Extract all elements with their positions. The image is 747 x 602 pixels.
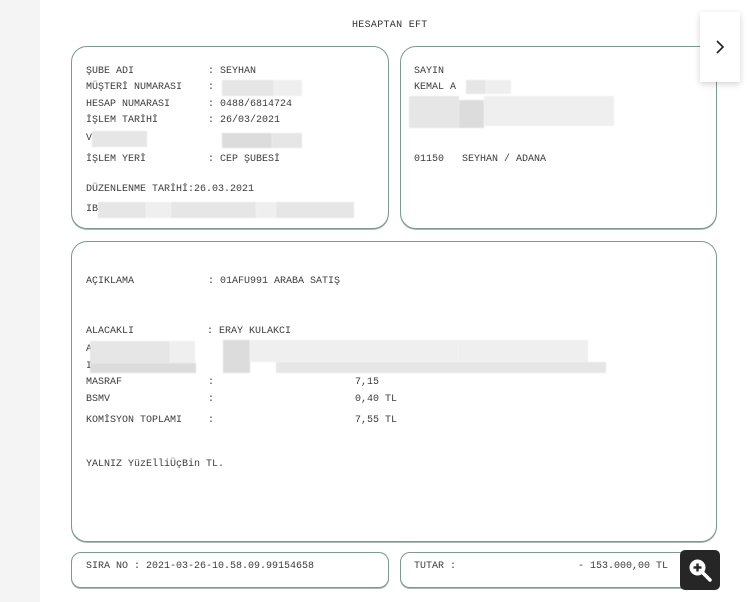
customer-no-label: MÜŞTERİ NUMARASI — [86, 82, 188, 94]
fee-sep-bsmv: : — [208, 394, 214, 406]
amount-in-words: YALNIZ YüzElliÜçBin TL. — [86, 459, 224, 471]
redacted-customer-no-2 — [274, 80, 302, 96]
redacted-creditor-value-2 — [250, 340, 458, 362]
redacted-creditor-field-2 — [170, 341, 195, 363]
redacted-address-3 — [484, 96, 614, 126]
zoom-in-icon — [687, 557, 713, 583]
chevron-right-icon — [714, 40, 726, 54]
redacted-iban-2 — [146, 202, 171, 218]
redacted-creditor-field-3 — [90, 363, 196, 373]
creditor-label: ALACAKLI — [86, 326, 188, 338]
salutation: SAYIN — [414, 66, 444, 78]
document-title: HESAPTAN EFT — [352, 20, 428, 31]
transaction-place-label: İŞLEM YERİ — [86, 154, 188, 166]
iban-prefix: IB — [86, 204, 98, 216]
redacted-customer-no — [222, 80, 274, 96]
account-no-label: HESAP NUMARASI — [86, 99, 188, 111]
recipient-name: KEMAL A — [414, 82, 456, 94]
next-page-button[interactable] — [700, 12, 740, 82]
redacted-iban-1 — [98, 202, 146, 218]
fee-value-commission: 7,55 TL — [355, 415, 397, 427]
zoom-in-button[interactable] — [680, 550, 720, 590]
redacted-surname-1 — [466, 80, 486, 94]
redacted-creditor-value-4 — [276, 362, 606, 373]
description-label: AÇIKLAMA — [86, 276, 188, 288]
creditor-value: : ERAY KULAKCI — [207, 326, 291, 338]
fee-sep-masraf: : — [208, 377, 214, 389]
redacted-address-1 — [409, 96, 459, 128]
total-value: - 153.000,00 TL — [578, 561, 668, 573]
sequence-number: SIRA NO : 2021-03-26-10.58.09.99154658 — [86, 561, 314, 573]
total-label: TUTAR : — [414, 561, 456, 573]
redacted-surname-2 — [486, 80, 511, 94]
fee-label-masraf: MASRAF — [86, 377, 188, 389]
description-value: : 01AFU991 ARABA SATIŞ — [208, 276, 340, 288]
recipient-box — [400, 46, 717, 229]
redacted-field — [92, 131, 147, 147]
fee-label-commission: KOMİSYON TOPLAMI — [86, 415, 188, 427]
redacted-address-2 — [459, 100, 484, 128]
transaction-date-label: İŞLEM TARİHİ — [86, 115, 188, 127]
branch-name-label: ŞUBE ADI — [86, 66, 188, 78]
transaction-place-value: : CEP ŞUBESİ — [208, 154, 280, 166]
account-no-value: : 0488/6814724 — [208, 99, 292, 111]
redacted-creditor-value-1 — [223, 340, 250, 373]
branch-name-value: : SEYHAN — [208, 66, 256, 78]
redacted-creditor-value-3 — [458, 340, 588, 362]
transaction-date-value: : 26/03/2021 — [208, 115, 280, 127]
fee-value-masraf: 7,15 — [355, 377, 379, 389]
customer-no-value: : — [208, 82, 214, 94]
issue-date: DÜZENLENME TARİHİ:26.03.2021 — [86, 184, 254, 196]
postal-line: 01150 SEYHAN / ADANA — [414, 154, 546, 166]
redacted-creditor-field-1 — [90, 341, 170, 363]
redacted-value-2 — [272, 133, 302, 148]
redacted-iban-3 — [171, 202, 256, 218]
fee-label-bsmv: BSMV — [86, 394, 188, 406]
fee-sep-commission: : — [208, 415, 214, 427]
fee-value-bsmv: 0,40 TL — [355, 394, 397, 406]
redacted-iban-4 — [256, 202, 276, 218]
redacted-value — [222, 133, 272, 148]
redacted-iban-5 — [276, 202, 354, 218]
